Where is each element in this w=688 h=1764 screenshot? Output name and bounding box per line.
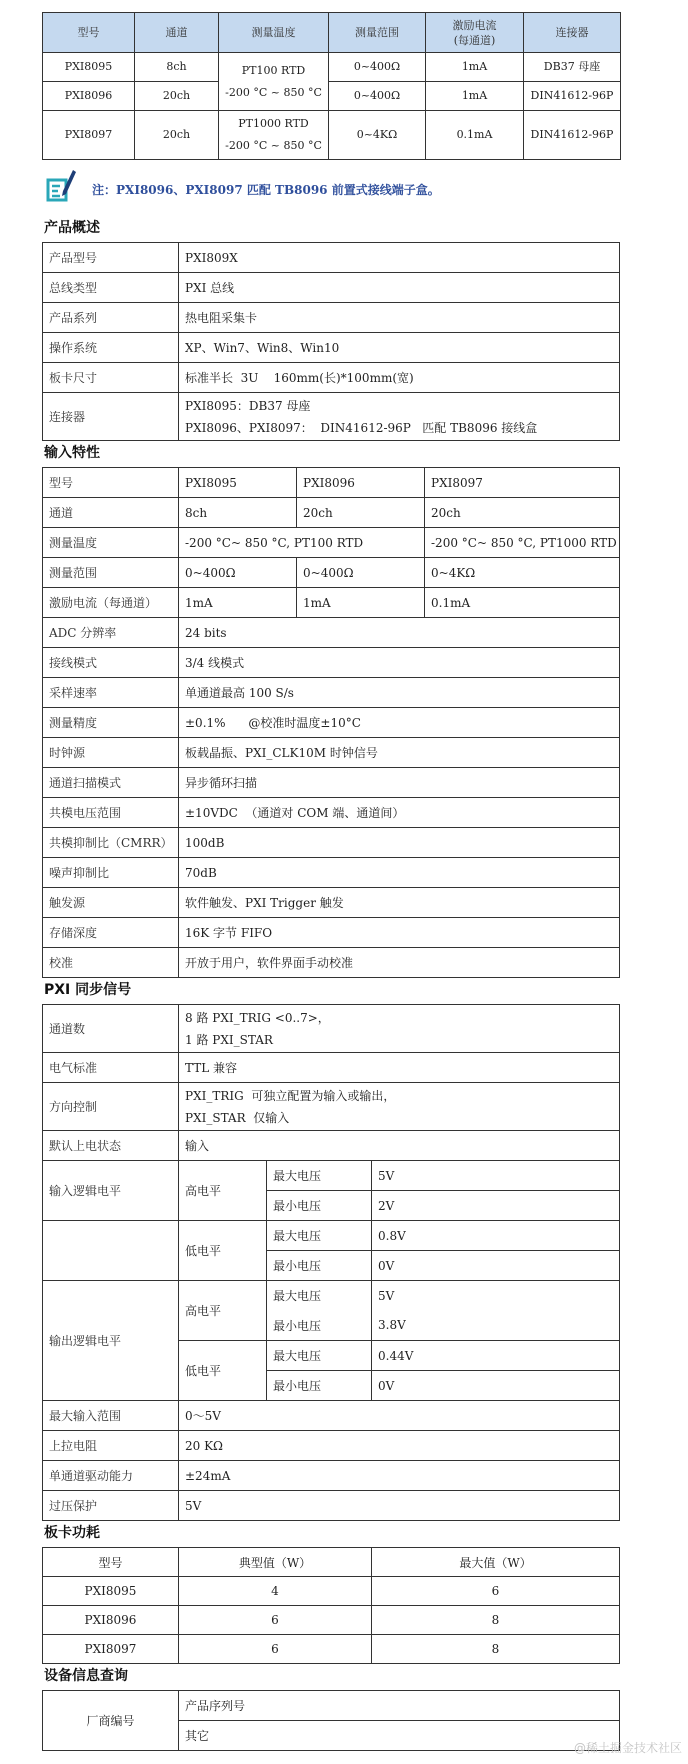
table-row: PXI809546 <box>43 1577 620 1606</box>
label: 默认上电状态 <box>43 1131 179 1161</box>
label: 校准 <box>43 948 179 978</box>
value: PXI8095：DB37 母座PXI8096、PXI8097： DIN41612… <box>179 393 620 441</box>
value: PXI 总线 <box>179 273 620 303</box>
cell-range: 0~400Ω <box>329 53 426 82</box>
table-row: 产品系列热电阻采集卡 <box>43 303 620 333</box>
cell-max: 8 <box>372 1635 620 1664</box>
value: 0~400Ω <box>179 558 297 588</box>
section-title-input: 输入特性 <box>42 441 620 467</box>
sub-label: 最小电压 <box>267 1191 372 1221</box>
label: 采样速率 <box>43 678 179 708</box>
table-row: 电气标准TTL 兼容 <box>43 1053 620 1083</box>
value: 70dB <box>179 858 620 888</box>
cell-typical: 4 <box>179 1577 372 1606</box>
table-row: 通道8ch20ch20ch <box>43 498 620 528</box>
cell-max: 6 <box>372 1577 620 1606</box>
section-title-power: 板卡功耗 <box>42 1521 620 1547</box>
sub-label: 最小电压 <box>267 1251 372 1281</box>
label: 产品系列 <box>43 303 179 333</box>
col-header-current: 激励电流(每通道) <box>426 13 524 53</box>
cell-temp-pt100: PT100 RTD-200 °C ~ 850 °C <box>219 53 329 111</box>
cell-model: PXI8097 <box>43 1635 179 1664</box>
cell-connector: DIN41612-96P <box>524 111 621 160</box>
table-row: 产品型号PXI809X <box>43 243 620 273</box>
value: 板载晶振、PXI_CLK10M 时钟信号 <box>179 738 620 768</box>
input-table: 型号PXI8095PXI8096PXI8097 通道8ch20ch20ch 测量… <box>42 467 620 978</box>
col-header-range: 测量范围 <box>329 13 426 53</box>
label: 共模抑制比（CMRR） <box>43 828 179 858</box>
table-row: 共模抑制比（CMRR）100dB <box>43 828 620 858</box>
note-text: 注：PXI8096、PXI8097 匹配 TB8096 前置式接线端子盒。 <box>92 181 440 198</box>
sub-label: 最大电压 <box>267 1161 372 1191</box>
cell-model: PXI8097 <box>43 111 135 160</box>
col-header-model: 型号 <box>43 13 135 53</box>
label: 共模电压范围 <box>43 798 179 828</box>
value: 0.44V <box>372 1341 620 1371</box>
label: 接线模式 <box>43 648 179 678</box>
value: 0.8V <box>372 1221 620 1251</box>
value: 输入 <box>179 1131 620 1161</box>
table-row: 型号PXI8095PXI8096PXI8097 <box>43 468 620 498</box>
table-row: 过压保护5V <box>43 1491 620 1521</box>
table-row: 校准开放于用户，软件界面手动校准 <box>43 948 620 978</box>
value: 其它 <box>179 1721 620 1751</box>
col-header-temp: 测量温度 <box>219 13 329 53</box>
value: 2V <box>372 1191 620 1221</box>
label: 激励电流（每通道） <box>43 588 179 618</box>
cell-max: 8 <box>372 1606 620 1635</box>
cell-current: 1mA <box>426 82 524 111</box>
label: 测量精度 <box>43 708 179 738</box>
cell-typical: 6 <box>179 1635 372 1664</box>
cell-range: 0~400Ω <box>329 82 426 111</box>
note-pen-icon <box>46 168 78 204</box>
section-title-sync: PXI 同步信号 <box>42 978 620 1004</box>
table-row: 采样速率单通道最高 100 S/s <box>43 678 620 708</box>
value: -200 °C~ 850 °C, PT1000 RTD <box>425 528 620 558</box>
value: 8 路 PXI_TRIG <0..7>，1 路 PXI_STAR <box>179 1005 620 1053</box>
label: 最大输入范围 <box>43 1401 179 1431</box>
value: 1mA <box>179 588 297 618</box>
table-row: 测量范围0~400Ω0~400Ω0~4KΩ <box>43 558 620 588</box>
value: 24 bits <box>179 618 620 648</box>
table-row: PXI809668 <box>43 1606 620 1635</box>
value: PXI8096 <box>297 468 425 498</box>
cell-typical: 6 <box>179 1606 372 1635</box>
table-row: 测量温度-200 °C~ 850 °C, PT100 RTD-200 °C~ 8… <box>43 528 620 558</box>
table-header-row: 型号 典型值（W） 最大值（W） <box>43 1548 620 1577</box>
table-row: 通道扫描模式异步循环扫描 <box>43 768 620 798</box>
section-title-overview: 产品概述 <box>42 216 620 242</box>
label: 测量范围 <box>43 558 179 588</box>
value: PXI8095 <box>179 468 297 498</box>
label: 方向控制 <box>43 1083 179 1131</box>
cell-model: PXI8095 <box>43 53 135 82</box>
overview-table: 产品型号PXI809X 总线类型PXI 总线 产品系列热电阻采集卡 操作系统XP… <box>42 242 620 441</box>
sub-label: 最大电压 <box>267 1281 372 1311</box>
value: ±10VDC （通道对 COM 端、通道间） <box>179 798 620 828</box>
value: 16K 字节 FIFO <box>179 918 620 948</box>
power-table: 型号 典型值（W） 最大值（W） PXI809546 PXI809668 PXI… <box>42 1547 620 1664</box>
value: PXI8097 <box>425 468 620 498</box>
level-label: 低电平 <box>179 1341 267 1401</box>
value: 20 KΩ <box>179 1431 620 1461</box>
value: 3.8V <box>372 1311 620 1341</box>
value: PXI_TRIG 可独立配置为输入或输出，PXI_STAR 仅输入 <box>179 1083 620 1131</box>
value: 软件触发、PXI Trigger 触发 <box>179 888 620 918</box>
value: ±24mA <box>179 1461 620 1491</box>
cell-connector: DIN41612-96P <box>524 82 621 111</box>
value: -200 °C~ 850 °C, PT100 RTD <box>179 528 425 558</box>
value: 0V <box>372 1371 620 1401</box>
cell-channels: 20ch <box>135 82 219 111</box>
table-row: 触发源软件触发、PXI Trigger 触发 <box>43 888 620 918</box>
cell-model: PXI8095 <box>43 1577 179 1606</box>
level-label: 低电平 <box>179 1221 267 1281</box>
table-row: 最大输入范围0～5V <box>43 1401 620 1431</box>
cell-current: 0.1mA <box>426 111 524 160</box>
value: 100dB <box>179 828 620 858</box>
cell-range: 0~4KΩ <box>329 111 426 160</box>
table-row: 板卡尺寸标准半长 3U 160mm(长)*100mm(宽) <box>43 363 620 393</box>
value: 5V <box>372 1161 620 1191</box>
table-row: 总线类型PXI 总线 <box>43 273 620 303</box>
value: ±0.1% @校准时温度±10°C <box>179 708 620 738</box>
label: 总线类型 <box>43 273 179 303</box>
label: 上拉电阻 <box>43 1431 179 1461</box>
sync-table: 通道数8 路 PXI_TRIG <0..7>，1 路 PXI_STAR 电气标准… <box>42 1004 620 1521</box>
table-row: 低电平 最大电压 0.8V <box>43 1221 620 1251</box>
table-row: 通道数8 路 PXI_TRIG <0..7>，1 路 PXI_STAR <box>43 1005 620 1053</box>
label: 测量温度 <box>43 528 179 558</box>
table-row: 单通道驱动能力±24mA <box>43 1461 620 1491</box>
table-row: 厂商编号 产品序列号 <box>43 1691 620 1721</box>
table-row: 连接器PXI8095：DB37 母座PXI8096、PXI8097： DIN41… <box>43 393 620 441</box>
label: 输入逻辑电平 <box>43 1161 179 1221</box>
label: 电气标准 <box>43 1053 179 1083</box>
table-row: 激励电流（每通道）1mA1mA0.1mA <box>43 588 620 618</box>
cell-current: 1mA <box>426 53 524 82</box>
label: 通道数 <box>43 1005 179 1053</box>
label: 噪声抑制比 <box>43 858 179 888</box>
value: 产品序列号 <box>179 1691 620 1721</box>
cell-model: PXI8096 <box>43 1606 179 1635</box>
table-row: PXI809768 <box>43 1635 620 1664</box>
table-row: 操作系统XP、Win7、Win8、Win10 <box>43 333 620 363</box>
label: 连接器 <box>43 393 179 441</box>
table-row: 默认上电状态输入 <box>43 1131 620 1161</box>
value: 0.1mA <box>425 588 620 618</box>
table-row: 方向控制PXI_TRIG 可独立配置为输入或输出，PXI_STAR 仅输入 <box>43 1083 620 1131</box>
table-row: 输入逻辑电平 高电平 最大电压 5V <box>43 1161 620 1191</box>
cell-connector: DB37 母座 <box>524 53 621 82</box>
label: 操作系统 <box>43 333 179 363</box>
cell-channels: 8ch <box>135 53 219 82</box>
col-header-typical: 典型值（W） <box>179 1548 372 1577</box>
table-row: 接线模式3/4 线模式 <box>43 648 620 678</box>
table-row: PXI8095 8ch PT100 RTD-200 °C ~ 850 °C 0~… <box>43 53 621 82</box>
value: 0~400Ω <box>297 558 425 588</box>
value: 0～5V <box>179 1401 620 1431</box>
value: 20ch <box>297 498 425 528</box>
value: 单通道最高 100 S/s <box>179 678 620 708</box>
value: PXI809X <box>179 243 620 273</box>
label: 时钟源 <box>43 738 179 768</box>
value: 异步循环扫描 <box>179 768 620 798</box>
sub-label: 最大电压 <box>267 1341 372 1371</box>
value: XP、Win7、Win8、Win10 <box>179 333 620 363</box>
label: 触发源 <box>43 888 179 918</box>
value: 20ch <box>425 498 620 528</box>
value: 开放于用户，软件界面手动校准 <box>179 948 620 978</box>
label: 单通道驱动能力 <box>43 1461 179 1491</box>
table-row: 上拉电阻20 KΩ <box>43 1431 620 1461</box>
label: 板卡尺寸 <box>43 363 179 393</box>
value: 标准半长 3U 160mm(长)*100mm(宽) <box>179 363 620 393</box>
value: 5V <box>372 1281 620 1311</box>
table-row: PXI8096 20ch 0~400Ω 1mA DIN41612-96P <box>43 82 621 111</box>
table-row: PXI8097 20ch PT1000 RTD-200 °C ~ 850 °C … <box>43 111 621 160</box>
label: 产品型号 <box>43 243 179 273</box>
label: 输出逻辑电平 <box>43 1281 179 1401</box>
device-info-table: 厂商编号 产品序列号 其它 <box>42 1690 620 1751</box>
sub-label: 最小电压 <box>267 1311 372 1341</box>
cell-model: PXI8096 <box>43 82 135 111</box>
table-row: 共模电压范围±10VDC （通道对 COM 端、通道间） <box>43 798 620 828</box>
col-header-connector: 连接器 <box>524 13 621 53</box>
table-row: 时钟源板载晶振、PXI_CLK10M 时钟信号 <box>43 738 620 768</box>
cell-temp-pt1000: PT1000 RTD-200 °C ~ 850 °C <box>219 111 329 160</box>
watermark: @稀土掘金技术社区 <box>574 1739 682 1756</box>
level-label: 高电平 <box>179 1281 267 1341</box>
spec-document: 型号 通道 测量温度 测量范围 激励电流(每通道) 连接器 PXI8095 8c… <box>42 12 620 1751</box>
level-label: 高电平 <box>179 1161 267 1221</box>
note: 注：PXI8096、PXI8097 匹配 TB8096 前置式接线端子盒。 <box>42 160 620 216</box>
value: 1mA <box>297 588 425 618</box>
value: 0~4KΩ <box>425 558 620 588</box>
table-row: 输出逻辑电平 高电平 最大电压 5V <box>43 1281 620 1311</box>
model-comparison-table: 型号 通道 测量温度 测量范围 激励电流(每通道) 连接器 PXI8095 8c… <box>42 12 621 160</box>
label: 厂商编号 <box>43 1691 179 1751</box>
table-row: 存储深度16K 字节 FIFO <box>43 918 620 948</box>
label-empty <box>43 1221 179 1281</box>
table-row: 噪声抑制比70dB <box>43 858 620 888</box>
sub-label: 最小电压 <box>267 1371 372 1401</box>
col-header-channels: 通道 <box>135 13 219 53</box>
value: 3/4 线模式 <box>179 648 620 678</box>
label: ADC 分辨率 <box>43 618 179 648</box>
section-title-device-info: 设备信息查询 <box>42 1664 620 1690</box>
value: 5V <box>179 1491 620 1521</box>
table-header-row: 型号 通道 测量温度 测量范围 激励电流(每通道) 连接器 <box>43 13 621 53</box>
col-header-model: 型号 <box>43 1548 179 1577</box>
table-row: 测量精度±0.1% @校准时温度±10°C <box>43 708 620 738</box>
value: TTL 兼容 <box>179 1053 620 1083</box>
cell-channels: 20ch <box>135 111 219 160</box>
value: 热电阻采集卡 <box>179 303 620 333</box>
label: 型号 <box>43 468 179 498</box>
value: 8ch <box>179 498 297 528</box>
label: 通道 <box>43 498 179 528</box>
value: 0V <box>372 1251 620 1281</box>
col-header-max: 最大值（W） <box>372 1548 620 1577</box>
table-row: ADC 分辨率24 bits <box>43 618 620 648</box>
label: 过压保护 <box>43 1491 179 1521</box>
sub-label: 最大电压 <box>267 1221 372 1251</box>
label: 通道扫描模式 <box>43 768 179 798</box>
label: 存储深度 <box>43 918 179 948</box>
